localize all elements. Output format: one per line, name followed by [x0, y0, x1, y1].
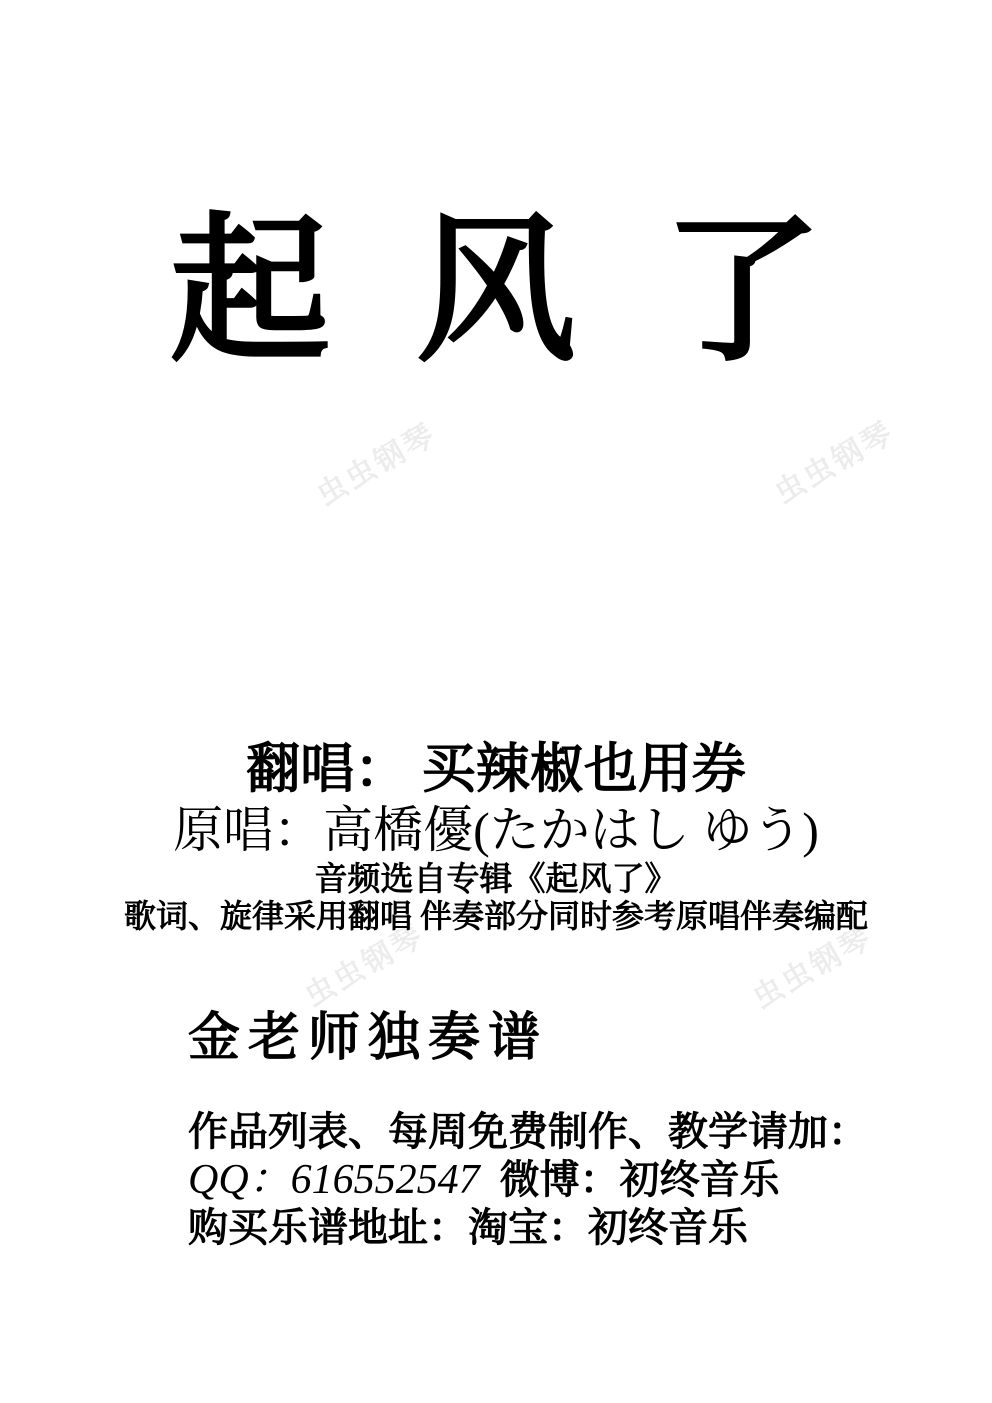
title-char-3: 了 — [662, 210, 822, 375]
watermark-text: 虫虫钢琴 — [307, 410, 443, 514]
weibo-handle: 微博：初终音乐 — [500, 1157, 780, 1202]
contact-line-services: 作品列表、每周免费制作、教学请加： — [188, 1108, 868, 1156]
title-char-1: 起 — [170, 210, 330, 375]
original-artist-line: 原唱：高橋優(たかはし ゆう) — [0, 802, 992, 858]
cover-artist-line: 翻唱： 买辣椒也用券 — [0, 740, 992, 798]
sheet-music-cover-page: 起 风 了 虫虫钢琴 虫虫钢琴 虫虫钢琴 虫虫钢琴 翻唱： 买辣椒也用券 原唱：… — [0, 0, 992, 1403]
contact-line-qq-weibo: QQ：616552547 微博：初终音乐 — [188, 1156, 868, 1204]
watermark-text: 虫虫钢琴 — [765, 408, 901, 512]
title-char-2: 风 — [416, 210, 576, 375]
arranger-label: 金老师独奏谱 — [188, 995, 548, 1070]
qq-number: QQ：616552547 — [188, 1157, 480, 1203]
contact-line-purchase: 购买乐谱地址：淘宝：初终音乐 — [188, 1204, 868, 1252]
arrangement-note-line: 歌词、旋律采用翻唱 伴奏部分同时参考原唱伴奏编配 — [0, 898, 992, 934]
contact-block: 作品列表、每周免费制作、教学请加： QQ：616552547 微博：初终音乐 购… — [188, 1108, 868, 1252]
song-title: 起 风 了 — [0, 210, 992, 375]
album-source-line: 音频选自专辑《起风了》 — [0, 862, 992, 899]
